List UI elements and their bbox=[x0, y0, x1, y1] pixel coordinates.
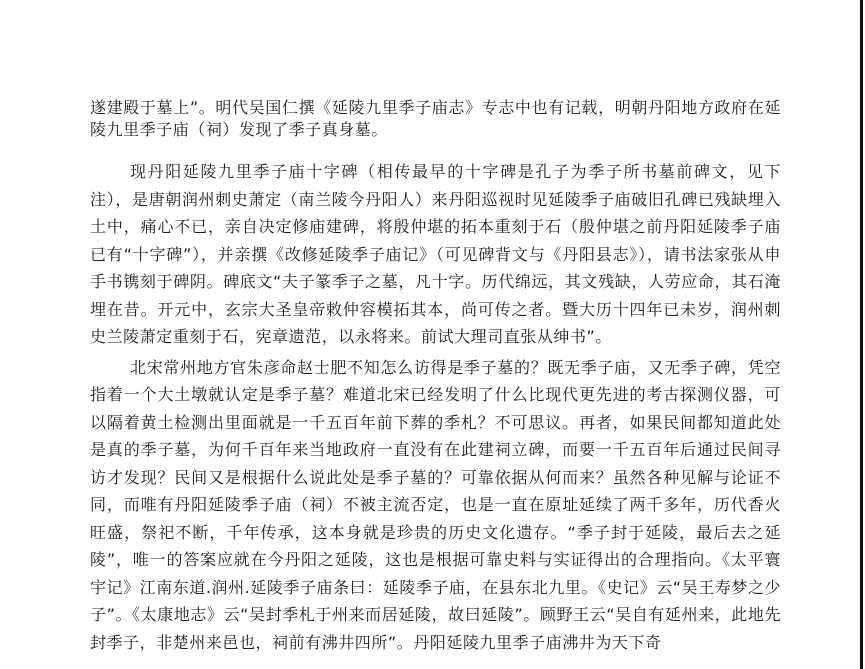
paragraph-northern-song-argument: 北宋常州地方官朱彦命赵士肥不知怎么访得是季子墓的？既无季子庙，又无季子碑，凭空指… bbox=[90, 354, 781, 657]
paragraph-tang-stele: 现丹阳延陵九里季子庙十字碑（相传最早的十字碑是孔子为季子所书墓前碑文，见下注），… bbox=[90, 158, 781, 351]
text-content: 遂建殿于墓上”。明代吴国仁撰《延陵九里季子庙志》专志中也有记载，明朝丹阳地方政府… bbox=[90, 97, 781, 656]
paragraph-continuation: 遂建殿于墓上”。明代吴国仁撰《延陵九里季子庙志》专志中也有记载，明朝丹阳地方政府… bbox=[90, 97, 781, 140]
document-page: 遂建殿于墓上”。明代吴国仁撰《延陵九里季子庙志》专志中也有记载，明朝丹阳地方政府… bbox=[0, 0, 865, 669]
page-edge-line bbox=[860, 0, 863, 669]
